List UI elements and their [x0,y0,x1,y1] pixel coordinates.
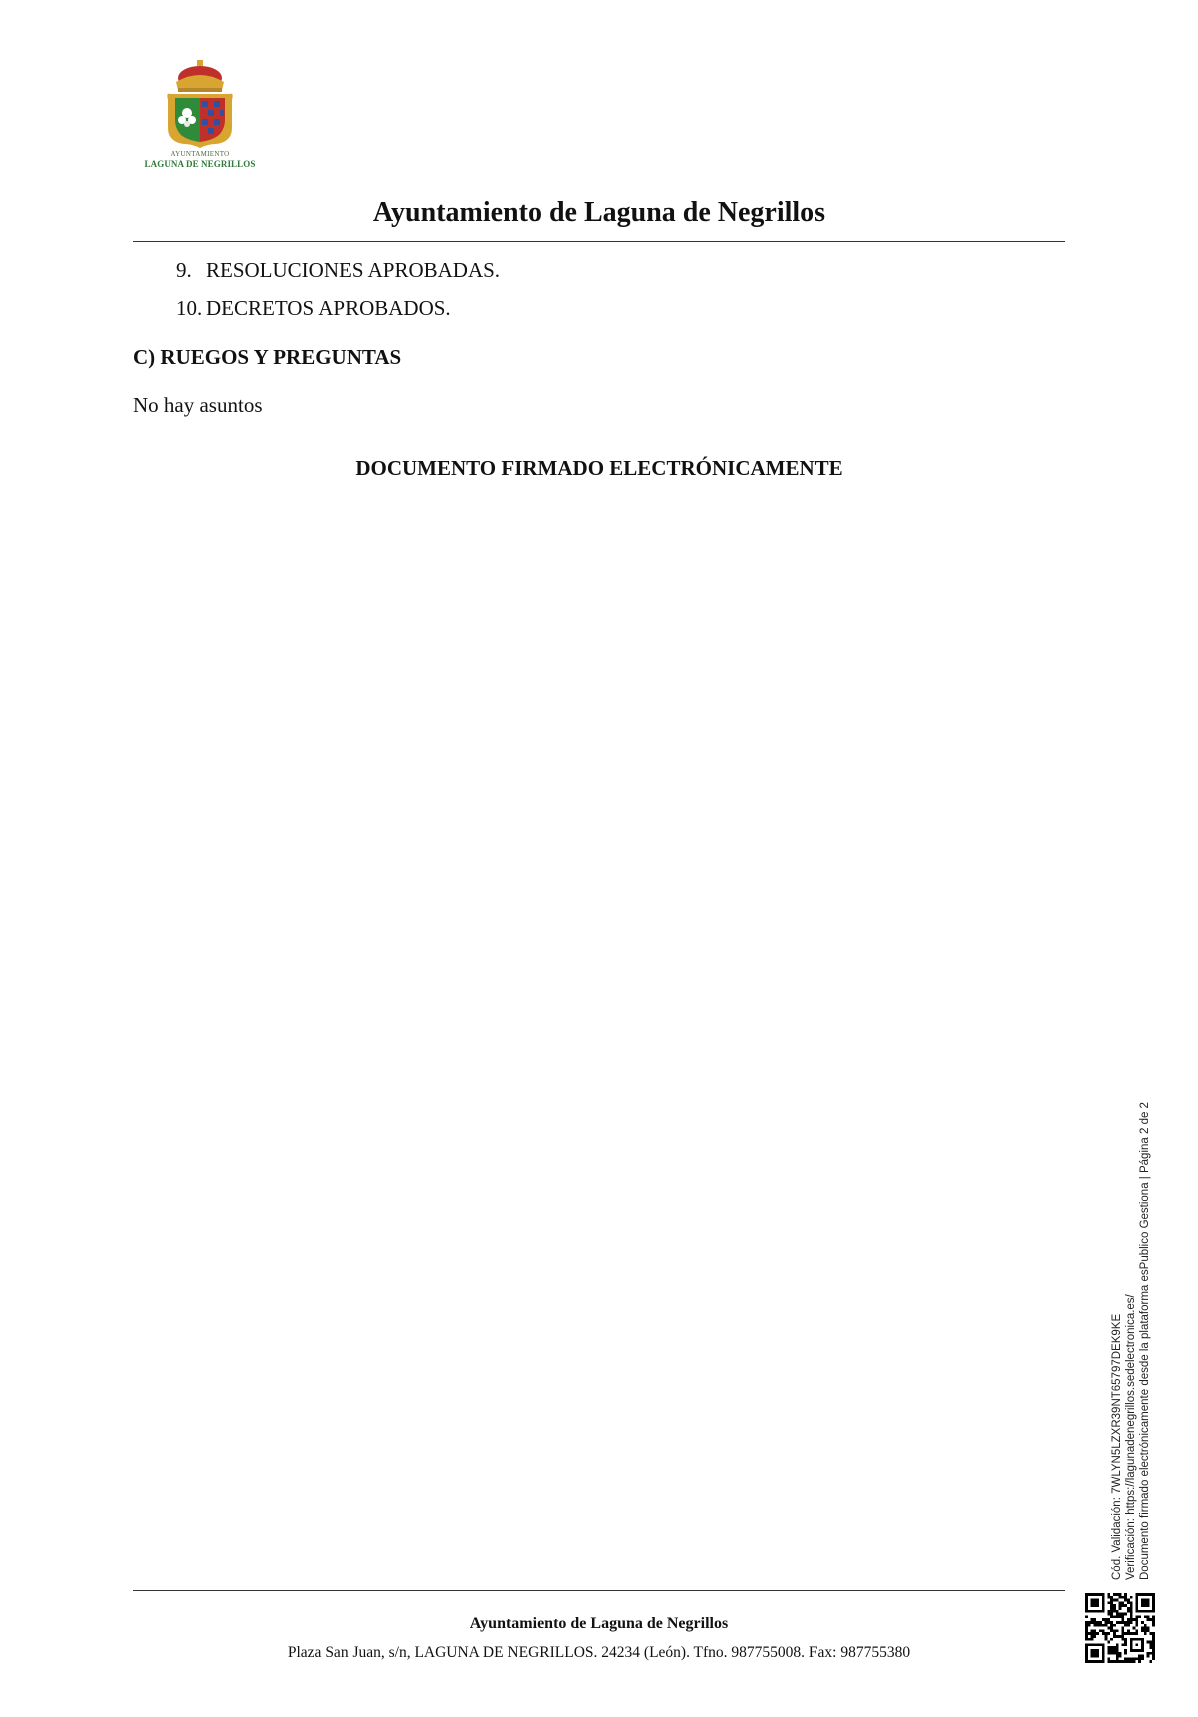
qr-code-icon [1085,1593,1155,1663]
logo-caption-municipality: LAGUNA DE NEGRILLOS [140,159,260,169]
list-item: 9.RESOLUCIONES APROBADAS. [176,257,500,283]
footer-address: Plaza San Juan, s/n, LAGUNA DE NEGRILLOS… [133,1643,1065,1663]
logo-caption-ayuntamiento: AYUNTAMIENTO [140,150,260,158]
list-item-text: RESOLUCIONES APROBADAS. [206,258,500,282]
footer-name: Ayuntamiento de Laguna de Negrillos [133,1614,1065,1634]
verification-url[interactable]: Verificación: https://lagunadenegrillos.… [1125,1294,1138,1580]
validation-sidebar: Cód. Validación: 7WLYN5LZXR39NT65797DEK9… [1111,1068,1159,1580]
signature-platform-note: Documento firmado electrónicamente desde… [1139,1102,1152,1580]
list-item-number: 10. [176,295,206,321]
footer-divider [133,1590,1065,1591]
signed-notice: DOCUMENTO FIRMADO ELECTRÓNICAMENTE [133,455,1065,481]
list-item-number: 9. [176,257,206,283]
section-paragraph: No hay asuntos [133,392,263,418]
section-heading: C) RUEGOS Y PREGUNTAS [133,344,401,370]
header-divider [133,241,1065,242]
list-item-text: DECRETOS APROBADOS. [206,296,451,320]
page-title: Ayuntamiento de Laguna de Negrillos [133,196,1065,230]
list-item: 10.DECRETOS APROBADOS. [176,295,451,321]
municipal-logo: AYUNTAMIENTO LAGUNA DE NEGRILLOS [140,58,260,176]
validation-code: Cód. Validación: 7WLYN5LZXR39NT65797DEK9… [1111,1314,1124,1580]
coat-of-arms-icon [160,58,240,150]
